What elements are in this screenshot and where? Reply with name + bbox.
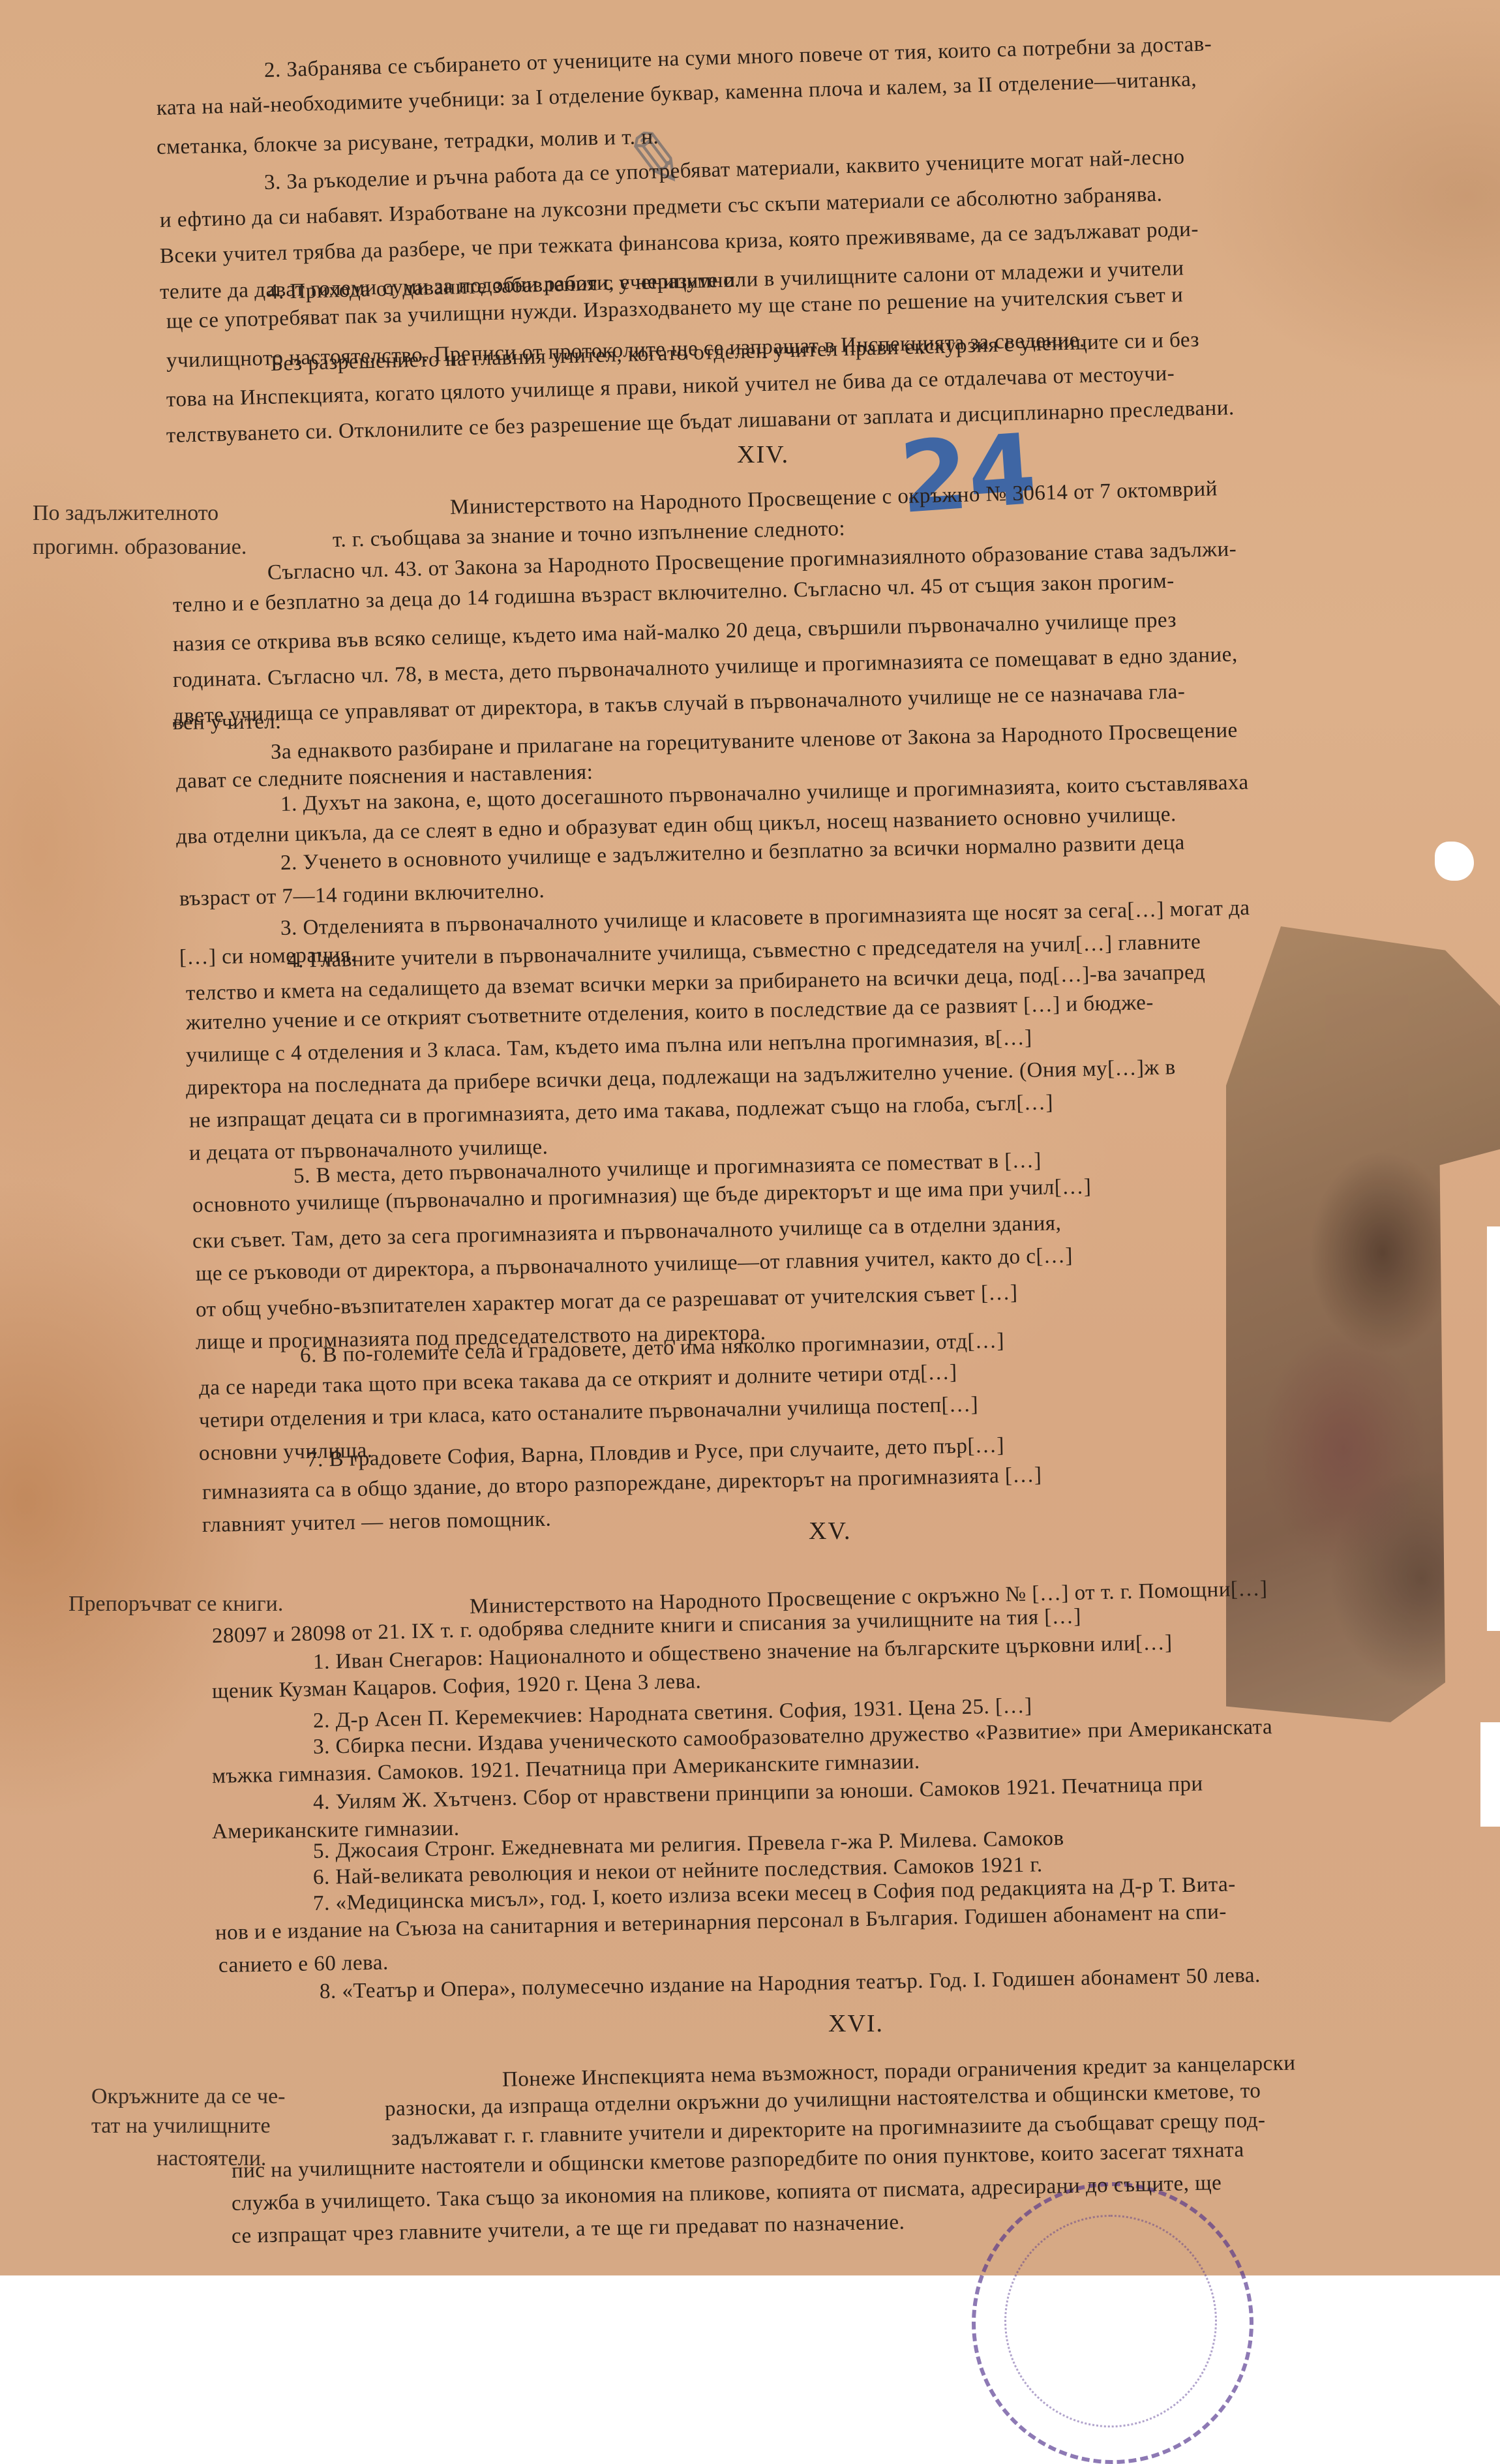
section-heading-xv: XV.: [809, 1517, 852, 1545]
section-heading-xvi: XVI.: [828, 2009, 884, 2038]
margin-note-xvi-2: тат на училищните: [91, 2114, 271, 2138]
section-heading-xiv: XIV.: [737, 440, 789, 469]
text-line: вен учител.: [173, 710, 281, 735]
margin-note-xvi-1: Окръжните да се че-: [91, 2084, 285, 2109]
text-line: санието е 60 лева.: [218, 1951, 389, 1978]
margin-note-xiv-2: прогимн. образование.: [33, 535, 247, 560]
margin-note-xiv-1: По задължителното: [33, 501, 218, 526]
paper-torn-edge: [1487, 1226, 1500, 1631]
paper-torn-edge: [1480, 1722, 1500, 1827]
margin-note-xv: Препоръчват се книги.: [68, 1592, 283, 1617]
handwritten-number-mark: 24: [896, 413, 1040, 536]
